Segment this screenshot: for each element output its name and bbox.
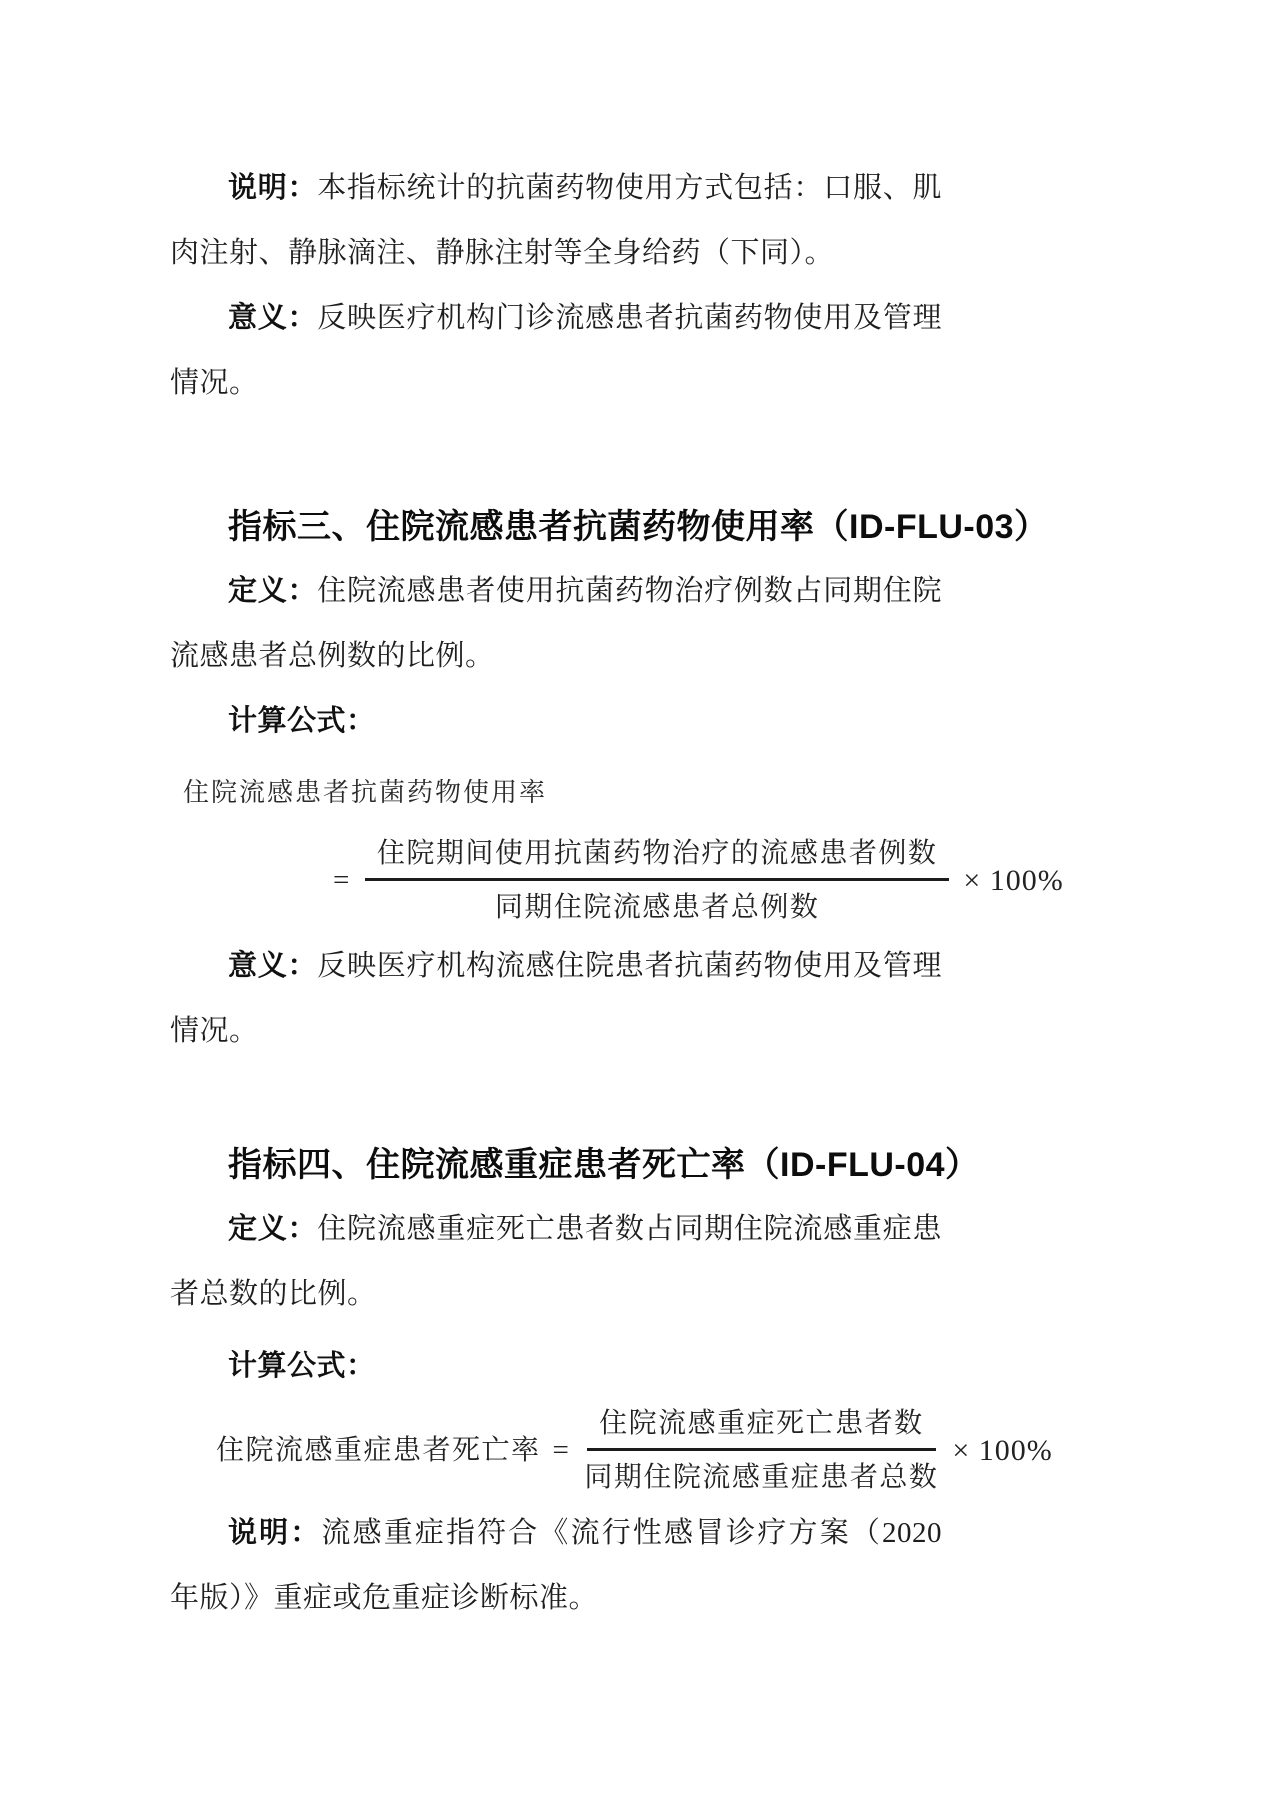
top-note-label: 说明： bbox=[228, 172, 317, 204]
indicator3-definition-label: 定义： bbox=[228, 575, 317, 607]
indicator4-heading: 指标四、住院流感重症患者死亡率（ID-FLU-04） bbox=[170, 1142, 942, 1188]
top-meaning-label: 意义： bbox=[228, 302, 317, 334]
indicator4-fraction-denominator: 同期住院流感重症患者总数 bbox=[584, 1451, 938, 1494]
indicator4-definition-paragraph: 定义：住院流感重症死亡患者数占同期住院流感重症患者总数的比例。 bbox=[170, 1197, 942, 1327]
equals-sign: = bbox=[553, 1418, 571, 1483]
top-meaning-paragraph: 意义：反映医疗机构门诊流感患者抗菌药物使用及管理情况。 bbox=[170, 286, 942, 416]
indicator3-meaning-paragraph: 意义：反映医疗机构流感住院患者抗菌药物使用及管理情况。 bbox=[170, 934, 942, 1064]
indicator3-calc-label: 计算公式： bbox=[228, 705, 376, 737]
indicator4-note-paragraph: 说明：流感重症指符合《流行性感冒诊疗方案（2020 年版）》重症或危重症诊断标准… bbox=[170, 1501, 942, 1631]
indicator4-calc-label-paragraph: 计算公式： bbox=[170, 1334, 942, 1399]
indicator4-fraction-numerator: 住院流感重症死亡患者数 bbox=[587, 1407, 936, 1451]
indicator3-formula-row: = 住院期间使用抗菌药物治疗的流感患者例数 同期住院流感患者总例数 × 100% bbox=[333, 837, 942, 924]
indicator3-formula: 住院流感患者抗菌药物使用率 = 住院期间使用抗菌药物治疗的流感患者例数 同期住院… bbox=[170, 775, 942, 924]
top-note-paragraph: 说明：本指标统计的抗菌药物使用方式包括：口服、肌肉注射、静脉滴注、静脉注射等全身… bbox=[170, 156, 942, 286]
indicator3-multiplier: × 100% bbox=[963, 848, 1063, 913]
indicator4-formula: 住院流感重症患者死亡率 = 住院流感重症死亡患者数 同期住院流感重症患者总数 ×… bbox=[170, 1407, 942, 1494]
indicator3-definition-paragraph: 定义：住院流感患者使用抗菌药物治疗例数占同期住院流感患者总例数的比例。 bbox=[170, 559, 942, 689]
indicator4-fraction: 住院流感重症死亡患者数 同期住院流感重症患者总数 bbox=[584, 1407, 938, 1494]
indicator4-formula-row: 住院流感重症患者死亡率 = 住院流感重症死亡患者数 同期住院流感重症患者总数 ×… bbox=[216, 1407, 942, 1494]
indicator4-multiplier: × 100% bbox=[952, 1418, 1052, 1483]
indicator3-heading: 指标三、住院流感患者抗菌药物使用率（ID-FLU-03） bbox=[170, 504, 942, 550]
indicator4-note-label: 说明： bbox=[228, 1517, 321, 1549]
indicator4-calc-label: 计算公式： bbox=[228, 1350, 376, 1382]
indicator3-calc-label-paragraph: 计算公式： bbox=[170, 689, 942, 754]
document-page: 说明：本指标统计的抗菌药物使用方式包括：口服、肌肉注射、静脉滴注、静脉注射等全身… bbox=[0, 0, 1280, 1810]
indicator3-fraction-numerator: 住院期间使用抗菌药物治疗的流感患者例数 bbox=[365, 837, 950, 881]
document-content: 说明：本指标统计的抗菌药物使用方式包括：口服、肌肉注射、静脉滴注、静脉注射等全身… bbox=[170, 0, 942, 1631]
indicator3-formula-lhs: 住院流感患者抗菌药物使用率 bbox=[183, 775, 942, 811]
indicator3-fraction: 住院期间使用抗菌药物治疗的流感患者例数 同期住院流感患者总例数 bbox=[365, 837, 950, 924]
equals-sign: = bbox=[333, 848, 351, 913]
indicator3-fraction-denominator: 同期住院流感患者总例数 bbox=[495, 881, 820, 924]
indicator4-formula-lhs: 住院流感重症患者死亡率 bbox=[216, 1418, 541, 1483]
indicator4-definition-label: 定义： bbox=[228, 1213, 317, 1245]
indicator3-meaning-label: 意义： bbox=[228, 950, 317, 982]
